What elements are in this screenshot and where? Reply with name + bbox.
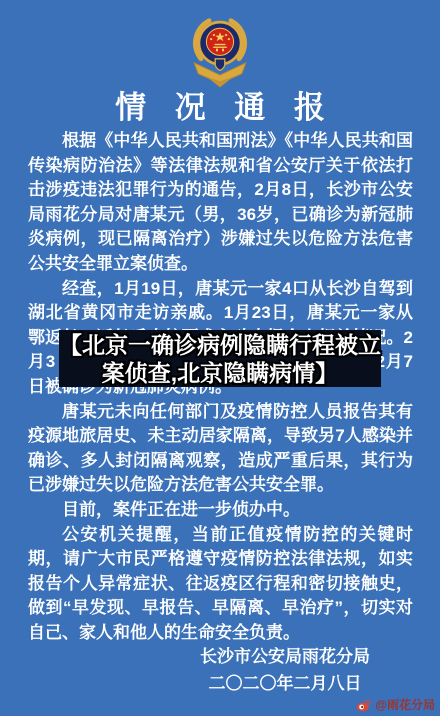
notice-title: 情 况 通 报	[0, 82, 440, 127]
paragraph-police-reminder: 公安机关提醒，当前正值疫情防控的关键时期，请广大市民严格遵守疫情防控法律法规，如…	[28, 523, 413, 646]
signature-block: 长沙市公安局雨花分局 二〇二〇年二月八日	[200, 643, 370, 697]
watermark-handle: @雨花分局	[375, 696, 435, 713]
weibo-icon	[356, 698, 372, 712]
weibo-watermark: @雨花分局	[356, 696, 435, 713]
paragraph-legal-basis: 根据《中华人民共和国刑法》《中华人民共和国传染病防治法》等法律法规和省公安厅关于…	[28, 129, 413, 277]
headline-line-1: 【北京一确诊病例隐瞒行程被立	[59, 331, 381, 359]
police-notice-poster: 情 况 通 报 根据《中华人民共和国刑法》《中华人民共和国传染病防治法》等法律法…	[0, 0, 440, 716]
headline-line-2: 案侦查,北京隐瞒病情】	[59, 359, 381, 387]
paragraph-case-status: 目前，案件正在进一步侦办中。	[28, 498, 413, 523]
police-badge-icon	[186, 13, 254, 91]
issuing-authority: 长沙市公安局雨花分局	[200, 643, 370, 670]
notice-body: 根据《中华人民共和国刑法》《中华人民共和国传染病防治法》等法律法规和省公安厅关于…	[28, 129, 413, 645]
issue-date: 二〇二〇年二月八日	[200, 670, 370, 697]
paragraph-consequences: 唐某元未向任何部门及疫情防控人员报告其有疫源地旅居史、未主动居家隔离，导致另7人…	[28, 400, 413, 498]
headline-overlay-banner: 【北京一确诊病例隐瞒行程被立 案侦查,北京隐瞒病情】	[59, 330, 381, 387]
